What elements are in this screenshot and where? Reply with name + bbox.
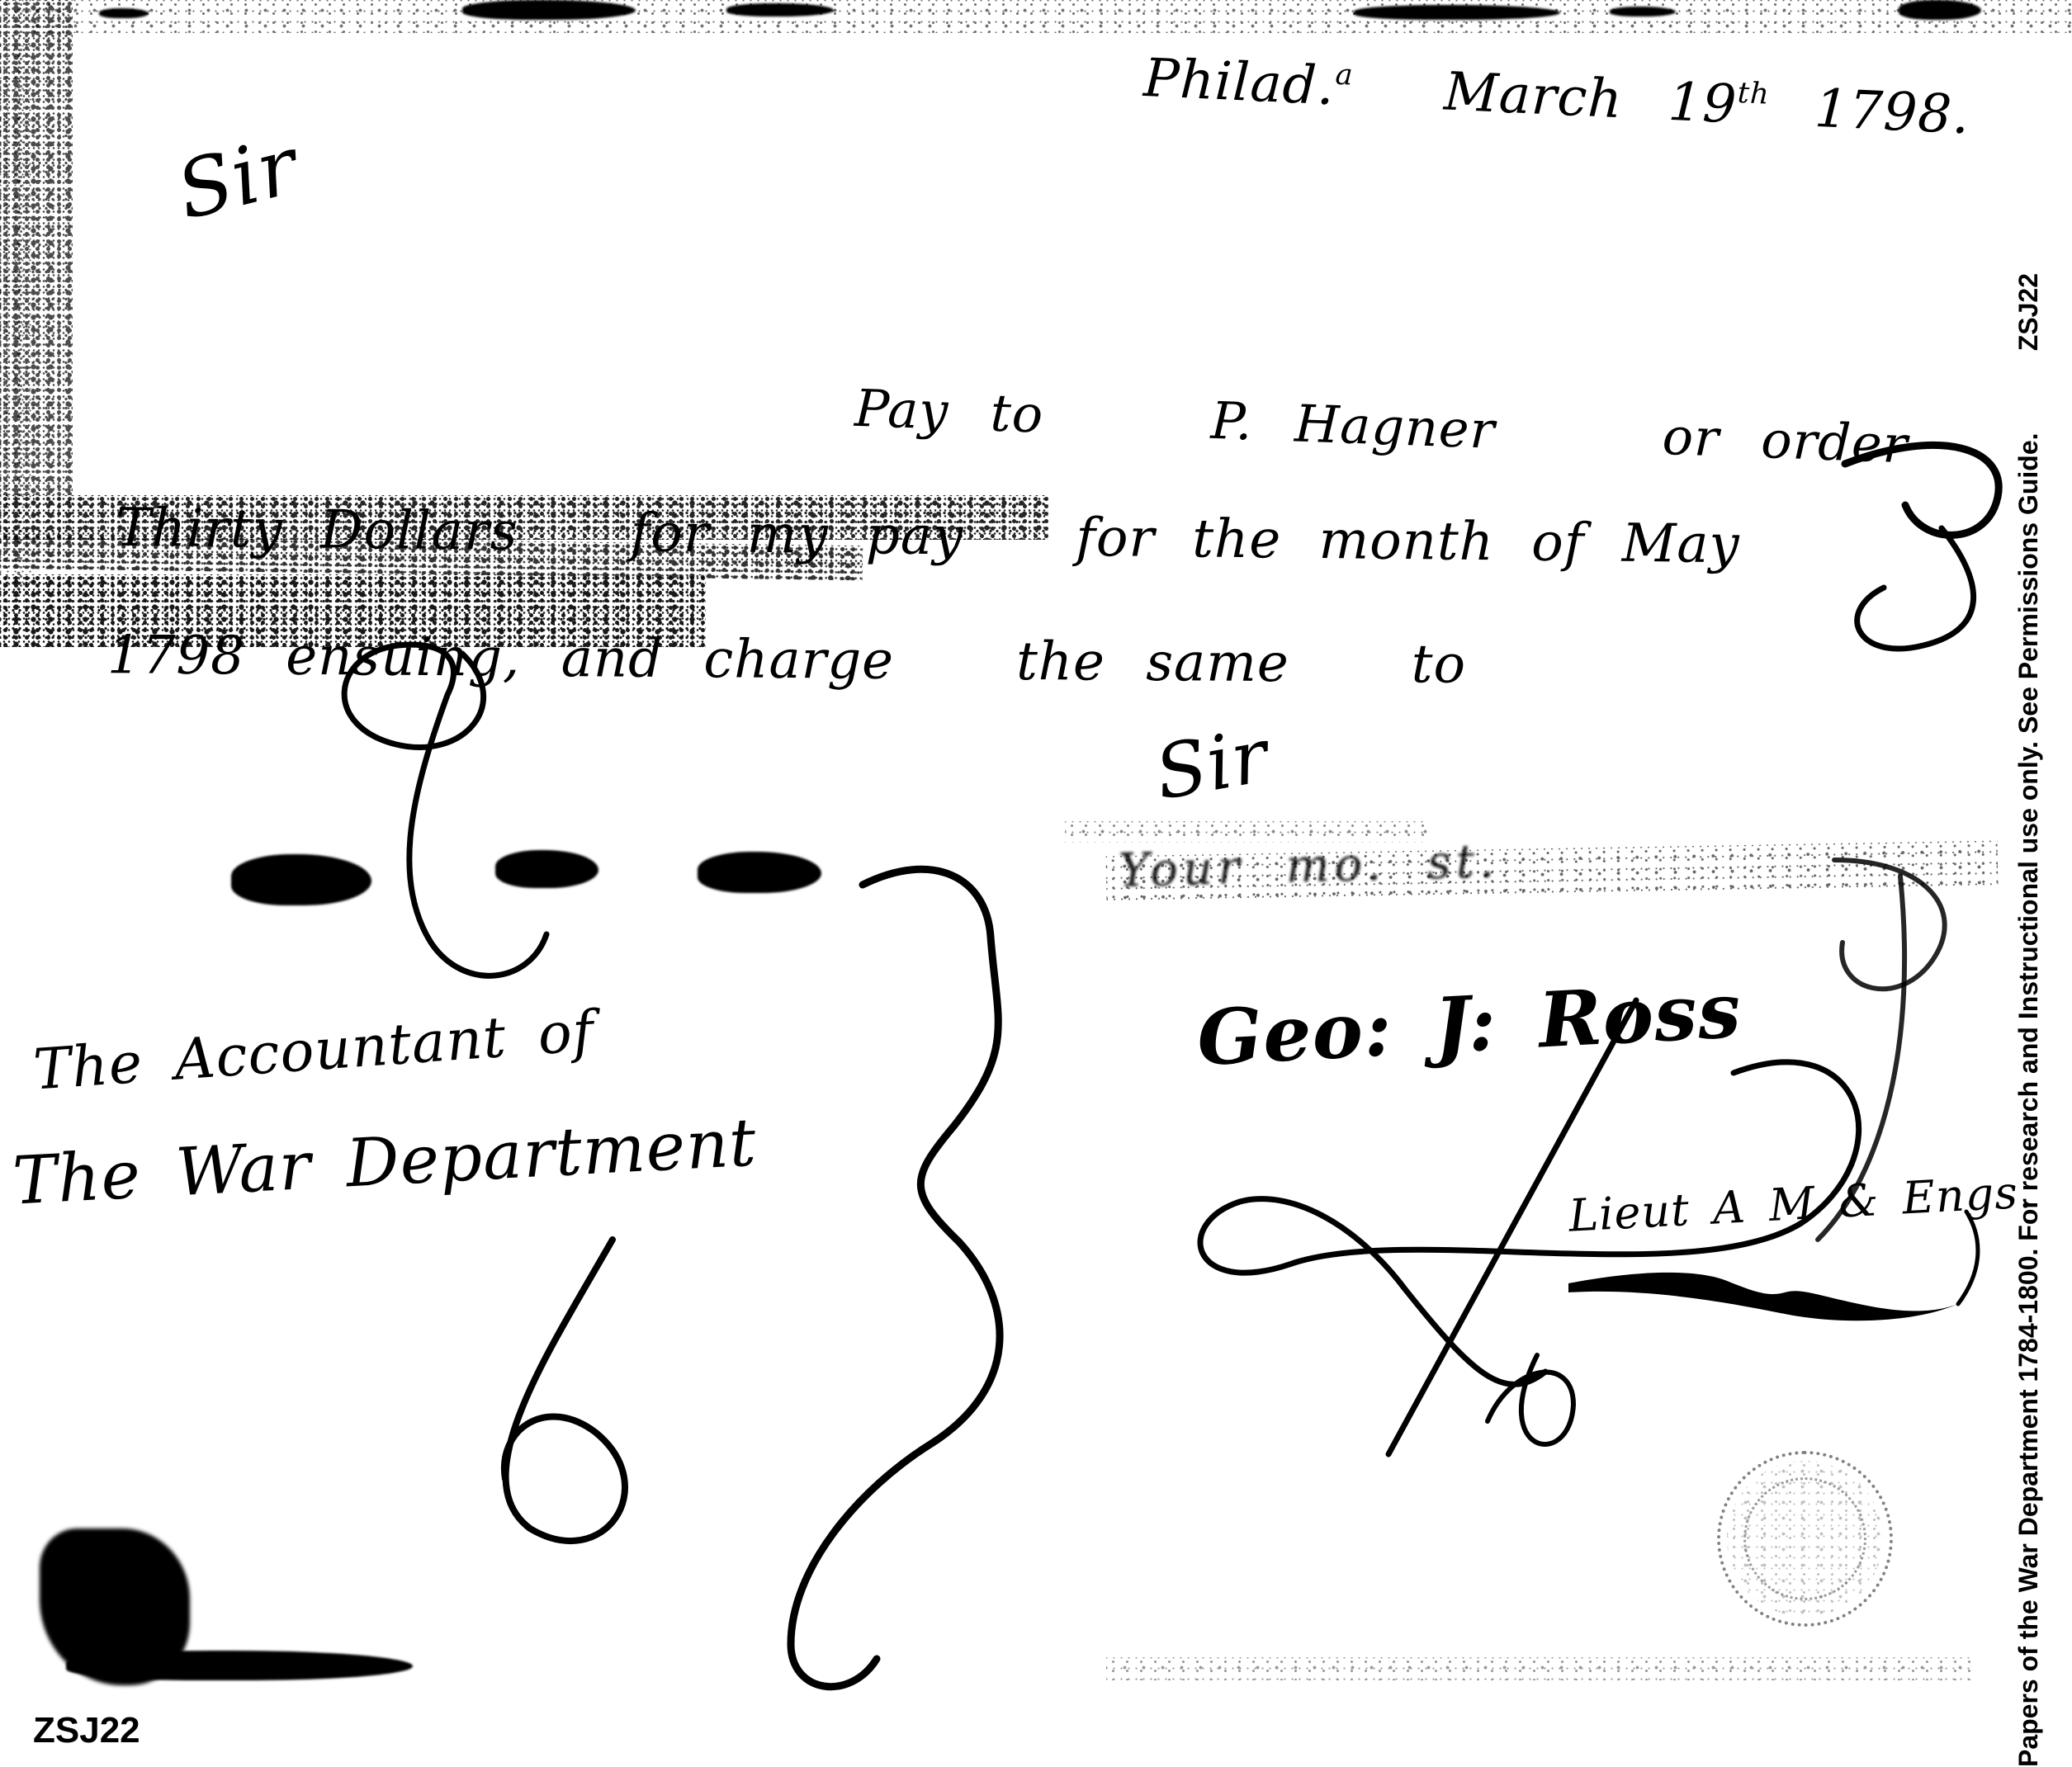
salutation: Sir — [170, 125, 305, 231]
closing-salutation: Sir — [1150, 719, 1274, 811]
scan-artifact-blob — [231, 854, 371, 905]
scan-artifact-blob — [1354, 5, 1560, 20]
dateline-place-superscript: a — [1335, 58, 1355, 92]
scan-artifact-bottom-band — [0, 495, 1048, 540]
signature-rank: Lieut A M & Engs. — [1568, 1169, 2034, 1238]
sidebar-id: ZSJ22 — [2013, 273, 2044, 351]
dateline-day-superscript: th — [1737, 76, 1771, 111]
dateline-place: Philad. — [1142, 48, 1336, 117]
scan-artifact-blob — [66, 1651, 413, 1680]
scan-artifact-left-strip — [0, 0, 73, 495]
dateline-year: 1798. — [1767, 76, 1971, 146]
scan-artifact-blob — [1899, 0, 1981, 20]
scan-artifact-fold-band — [1065, 821, 1428, 843]
scan-artifact-blob — [495, 850, 598, 888]
addressee-line-2: The War Department — [12, 1109, 759, 1214]
corner-id: ZSJ22 — [33, 1710, 140, 1751]
scan-artifact-bottom-band-light — [1106, 1657, 1973, 1680]
archive-sidebar: Papers of the War Department 1784-1800. … — [2004, 273, 2052, 1767]
addressee-line-1: The Accountant of — [31, 1004, 596, 1098]
scan-artifact-blob — [99, 8, 149, 18]
ornamental-brace — [791, 869, 1000, 1686]
scan-artifact-top-edge — [0, 0, 2072, 33]
scan-artifact-blob — [698, 852, 821, 893]
signature: Geo: J: Ross — [1195, 972, 1743, 1076]
scan-artifact-fold-blotch — [0, 574, 706, 647]
scan-page: { "document": { "dateline": { "place": "… — [0, 0, 2072, 1767]
scan-artifact-blob — [1610, 7, 1676, 17]
sidebar-credit: Papers of the War Department 1784-1800. … — [2013, 432, 2044, 1767]
circular-stamp — [1717, 1451, 1893, 1627]
scan-artifact-blob — [726, 3, 834, 17]
body-line-1: Pay to P. Hagner or order — [854, 383, 1909, 471]
dateline: Philad.a March 19th 1798. — [1142, 51, 1971, 142]
scan-artifact-blob — [462, 0, 636, 20]
dateline-month-day: March 19 — [1351, 57, 1738, 135]
circular-stamp-texture — [1727, 1461, 1883, 1617]
